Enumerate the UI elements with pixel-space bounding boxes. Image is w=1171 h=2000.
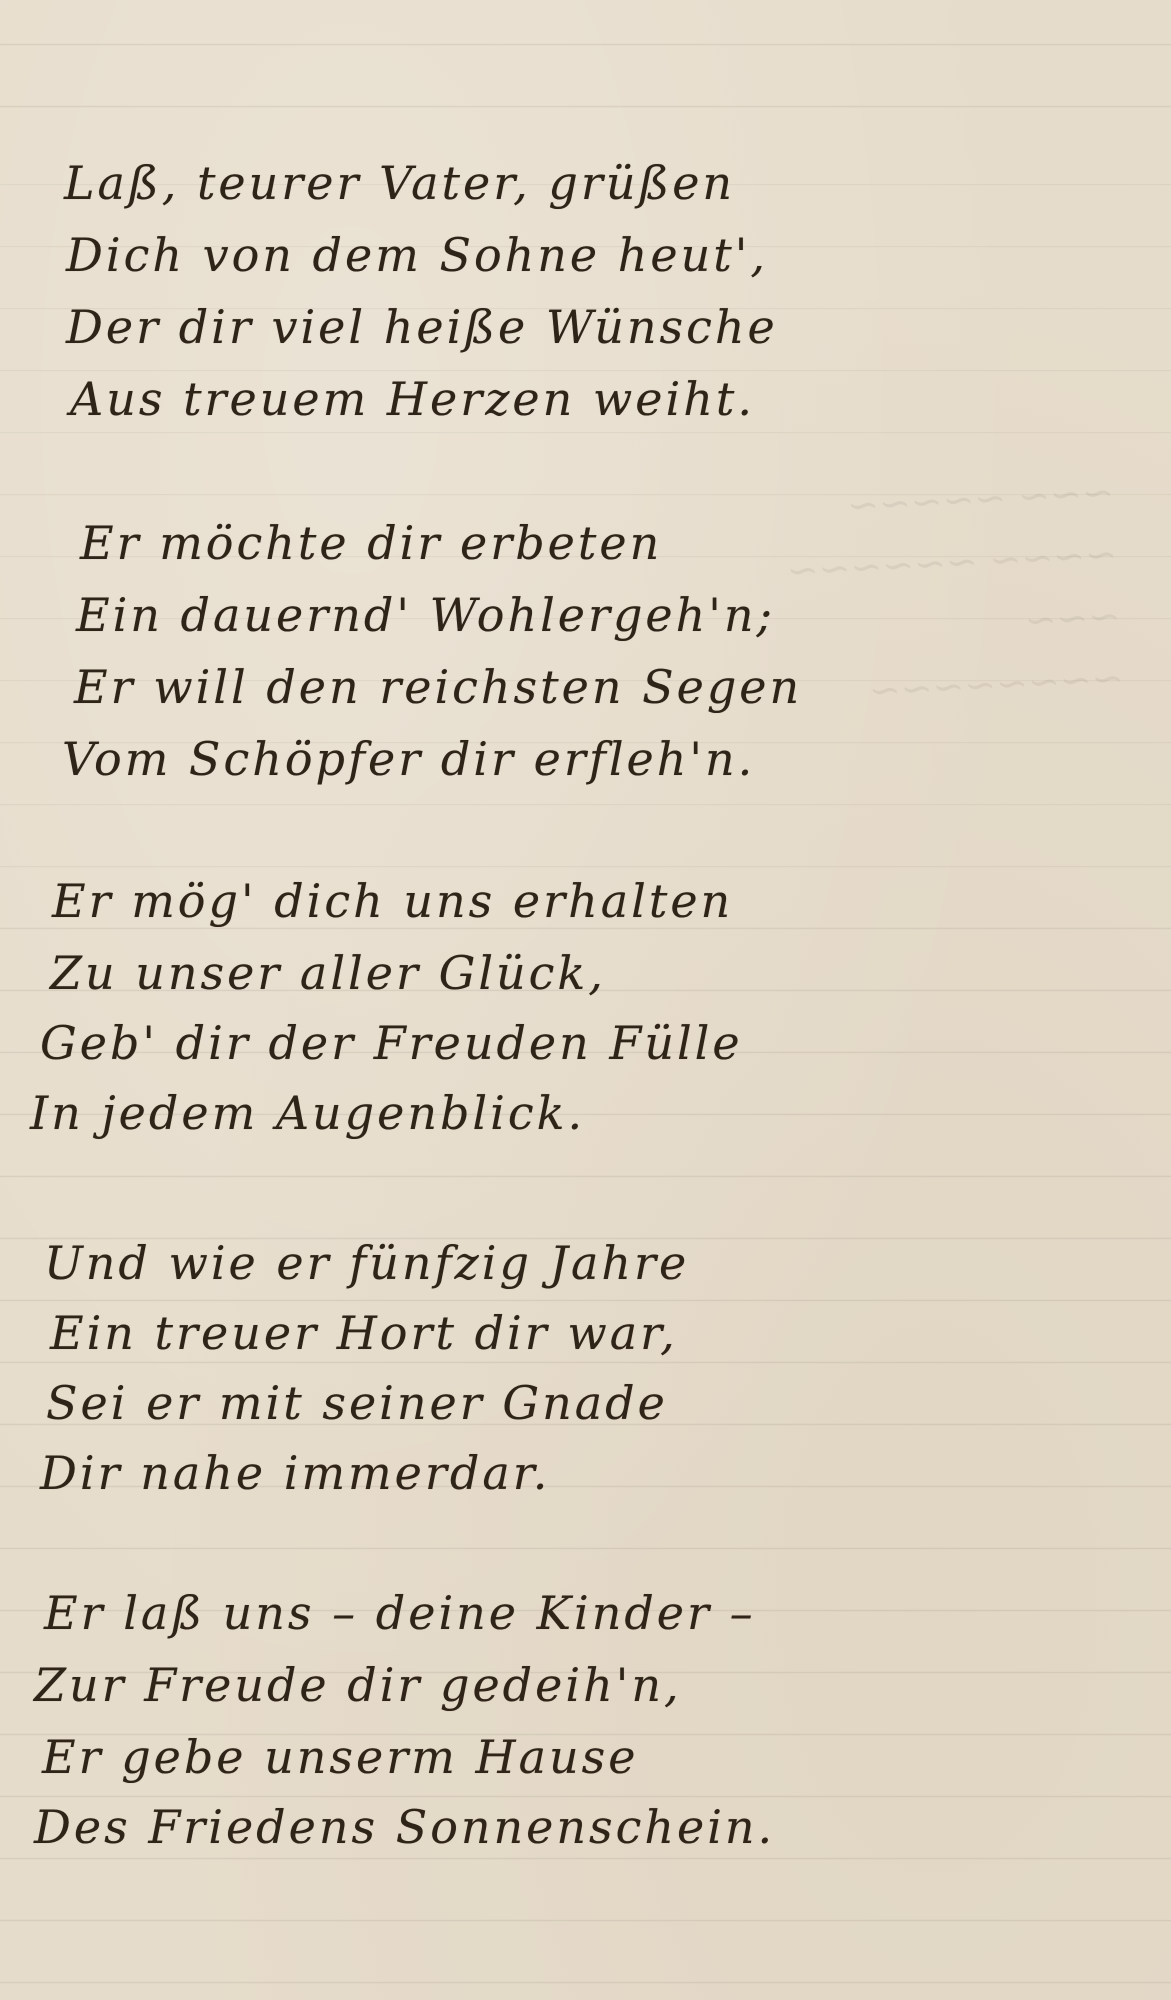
poem-line: Des Friedens Sonnenschein. — [34, 1804, 775, 1850]
poem-line: Und wie er fünfzig Jahre — [44, 1240, 689, 1286]
poem-line: Aus treuem Herzen weiht. — [70, 376, 755, 422]
poem-line: Er gebe unserm Hause — [42, 1734, 638, 1780]
poem-line: Laß, teurer Vater, grüßen — [64, 160, 735, 206]
poem-line: Er mög' dich uns erhalten — [52, 878, 733, 924]
poem-line: Er laß uns – deine Kinder – — [44, 1590, 756, 1636]
poem-line: Er will den reichsten Segen — [74, 664, 802, 710]
poem-line: Vom Schöpfer dir erfleh'n. — [62, 736, 755, 782]
poem-line: Zur Freude dir gedeih'n, — [34, 1662, 682, 1708]
poem-line: Ein dauernd' Wohlergeh'n; — [76, 592, 775, 638]
poem-line: Dich von dem Sohne heut', — [66, 232, 768, 278]
poem-line: Zu unser aller Glück, — [50, 950, 606, 996]
poem-line: Er möchte dir erbeten — [80, 520, 662, 566]
poem-line: In jedem Augenblick. — [30, 1090, 585, 1136]
poem-line: Ein treuer Hort dir war, — [50, 1310, 678, 1356]
bleed-through-text: ~~~ ~~~~~~~~~ ~~~~~~~~~ ~~~~~~~~ — [752, 461, 1127, 779]
poem-line: Sei er mit seiner Gnade — [46, 1380, 668, 1426]
poem-line: Der dir viel heiße Wünsche — [66, 304, 778, 350]
poem-line: Geb' dir der Freuden Fülle — [40, 1020, 743, 1066]
manuscript-page: ~~~ ~~~~~~~~~ ~~~~~~~~~ ~~~~~~~~ Laß, te… — [0, 0, 1171, 2000]
poem-line: Dir nahe immerdar. — [40, 1450, 550, 1496]
